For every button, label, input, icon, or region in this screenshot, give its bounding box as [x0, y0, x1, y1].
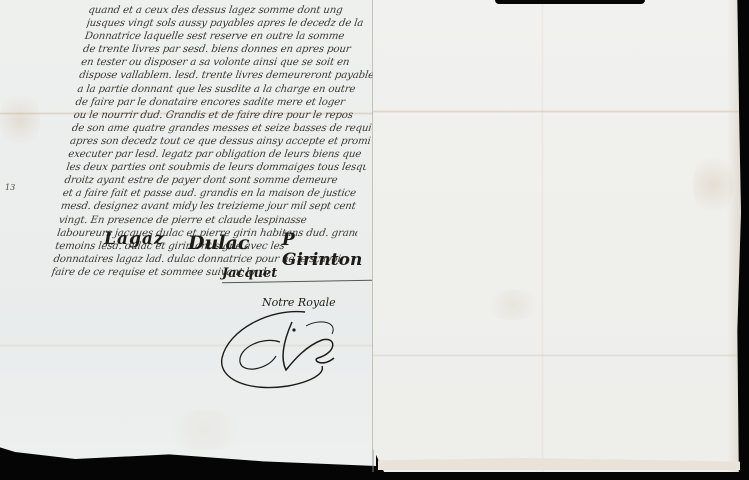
stain: [483, 290, 543, 320]
fold-crease-right-upper: [373, 110, 741, 113]
signature-lagaz: Lagaz: [104, 229, 165, 249]
text-line: les deux parties ont soubmis de leurs do…: [65, 161, 367, 174]
stain: [0, 90, 40, 150]
text-line: ou le nourrir dud. Grandis et de faire d…: [73, 109, 375, 122]
background-notch: [495, 0, 645, 4]
stain: [160, 410, 250, 450]
left-page: 13 quand et a ceux des dessus lagez somm…: [0, 0, 376, 466]
signature-jacquet: Jacquet: [222, 266, 277, 281]
margin-note: 13: [5, 183, 15, 192]
text-line: droitz ayant estre de payer dont sont so…: [64, 174, 366, 187]
text-line: mesd. designez avant midy les treizieme …: [60, 200, 362, 213]
text-line: quand et a ceux des dessus lagez somme d…: [87, 4, 389, 17]
fold-crease-right-vertical: [541, 0, 544, 472]
stain: [693, 150, 733, 220]
text-line: de son ame quatre grandes messes et seiz…: [71, 122, 373, 135]
text-line: a la partie donnant que les susdite a la…: [76, 83, 378, 96]
signature-girin: P Girinton: [282, 230, 376, 270]
fold-crease-right-middle: [373, 354, 741, 357]
text-line: Donnatrice laquelle sest reserve en outr…: [84, 30, 386, 43]
text-line: en tester ou disposer a sa volonte ainsi…: [80, 56, 382, 69]
text-line: dispose vallablem. lesd. trente livres d…: [78, 69, 380, 82]
notary-paraph-flourish-icon: [210, 300, 360, 400]
text-line: executer par lesd. legatz par obligation…: [67, 148, 369, 161]
text-line: apres son decedz tout ce que dessus ains…: [69, 135, 371, 148]
page-edge-shade: [727, 0, 741, 472]
text-line: jusques vingt sols aussy payables apres …: [86, 17, 388, 30]
text-line: de faire par le donataire encores sadite…: [75, 96, 377, 109]
right-page: [373, 0, 741, 472]
text-line: de trente livres par sesd. biens donnes …: [82, 43, 384, 56]
signature-dulac: Dulac: [188, 232, 249, 254]
text-line: vingt. En presence de pierre et claude l…: [58, 214, 360, 227]
text-line: et a faire fait et passe aud. grandis en…: [62, 187, 364, 200]
